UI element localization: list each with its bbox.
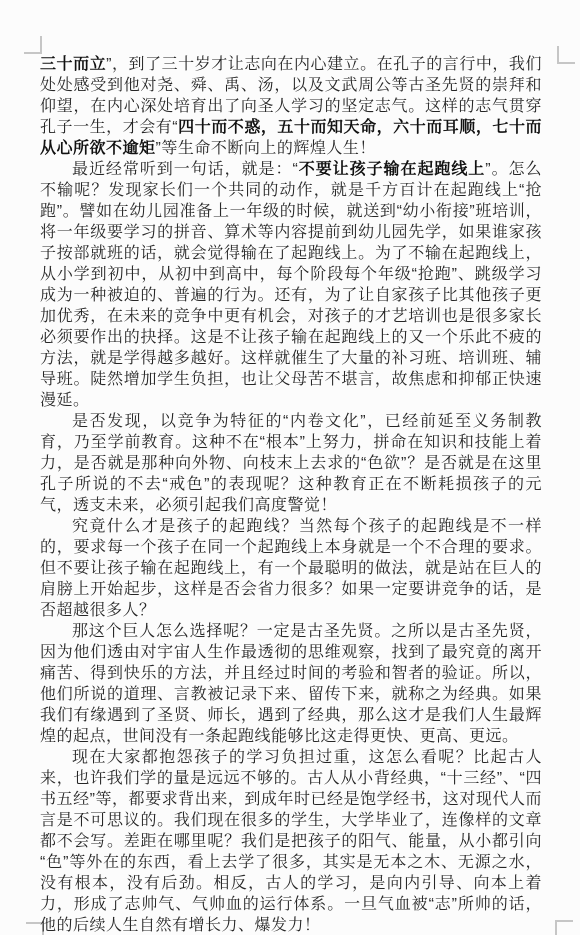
- text-run: 那这个巨人怎么选择呢？一定是古圣先贤。之所以是古圣先贤，因为他们透由对宇宙人生作…: [40, 623, 542, 745]
- text-run: 最近经常听到一句话，就是：“: [72, 161, 298, 178]
- document-body: 三十而立”，到了三十岁才让志向在内心建立。在孔子的言行中，我们处处感受到他对尧、…: [40, 54, 542, 935]
- paragraph: 是否发现，以竞争为特征的“内卷文化”，已经前延至义务制教育，乃至学前教育。这种不…: [40, 411, 542, 516]
- bold-text-run: 三十而立: [40, 56, 106, 73]
- text-run: ”等生命不断向上的辉煌人生！: [156, 140, 376, 157]
- paragraph: 究竟什么才是孩子的起跑线？当然每个孩子的起跑线是不一样的，要求每一个孩子在同一个…: [40, 516, 542, 621]
- crop-corner-top-left-icon: [24, 36, 42, 54]
- text-run: 现在大家都抱怨孩子的学习负担过重，这怎么看呢？比起古人来，也许我们学的量是远远不…: [40, 749, 542, 934]
- crop-corner-top-right-icon: [557, 46, 575, 64]
- crop-corner-bottom-right-icon: [555, 920, 573, 935]
- document-page: 三十而立”，到了三十岁才让志向在内心建立。在孔子的言行中，我们处处感受到他对尧、…: [0, 0, 580, 935]
- bold-text-run: 不要让孩子输在起跑线上: [298, 161, 485, 178]
- paragraph: 那这个巨人怎么选择呢？一定是古圣先贤。之所以是古圣先贤，因为他们透由对宇宙人生作…: [40, 621, 542, 747]
- text-run: 是否发现，以竞争为特征的“内卷文化”，已经前延至义务制教育，乃至学前教育。这种不…: [40, 413, 542, 514]
- text-run: 究竟什么才是孩子的起跑线？当然每个孩子的起跑线是不一样的，要求每一个孩子在同一个…: [40, 518, 542, 619]
- paragraph: 最近经常听到一句话，就是：“不要让孩子输在起跑线上”。怎么不输呢？发现家长们一个…: [40, 159, 542, 411]
- text-run: ”。怎么不输呢？发现家长们一个共同的动作，就是千方百计在起跑线上“抢跑”。譬如在…: [40, 161, 542, 409]
- paragraph: 三十而立”，到了三十岁才让志向在内心建立。在孔子的言行中，我们处处感受到他对尧、…: [40, 54, 542, 159]
- paragraph: 现在大家都抱怨孩子的学习负担过重，这怎么看呢？比起古人来，也许我们学的量是远远不…: [40, 747, 542, 935]
